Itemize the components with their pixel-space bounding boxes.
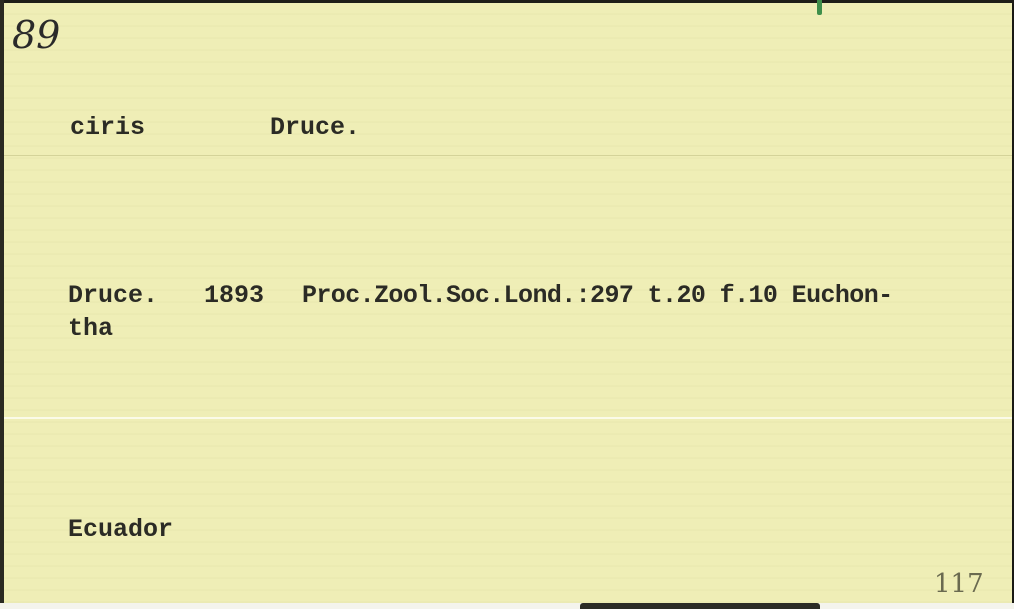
green-tab-marker	[817, 0, 822, 15]
citation-continuation: tha	[68, 314, 113, 343]
card-rule	[4, 155, 1012, 156]
scan-edge-bottom	[0, 603, 1014, 609]
citation-reference: Proc.Zool.Soc.Lond.:297 t.20 f.10 Euchon…	[302, 281, 893, 310]
species-author: Druce.	[270, 113, 360, 142]
card-fold-line	[4, 417, 1012, 419]
scan-shadow	[580, 603, 820, 609]
citation-year: 1893	[204, 281, 264, 310]
handwritten-card-number: 89	[12, 13, 60, 57]
locality: Ecuador	[68, 515, 173, 544]
citation-author: Druce.	[68, 281, 158, 310]
handwritten-page-number: 117	[934, 569, 984, 599]
species-name: ciris	[70, 113, 145, 142]
index-card: 89 ciris Druce. Druce. 1893 Proc.Zool.So…	[4, 3, 1012, 603]
